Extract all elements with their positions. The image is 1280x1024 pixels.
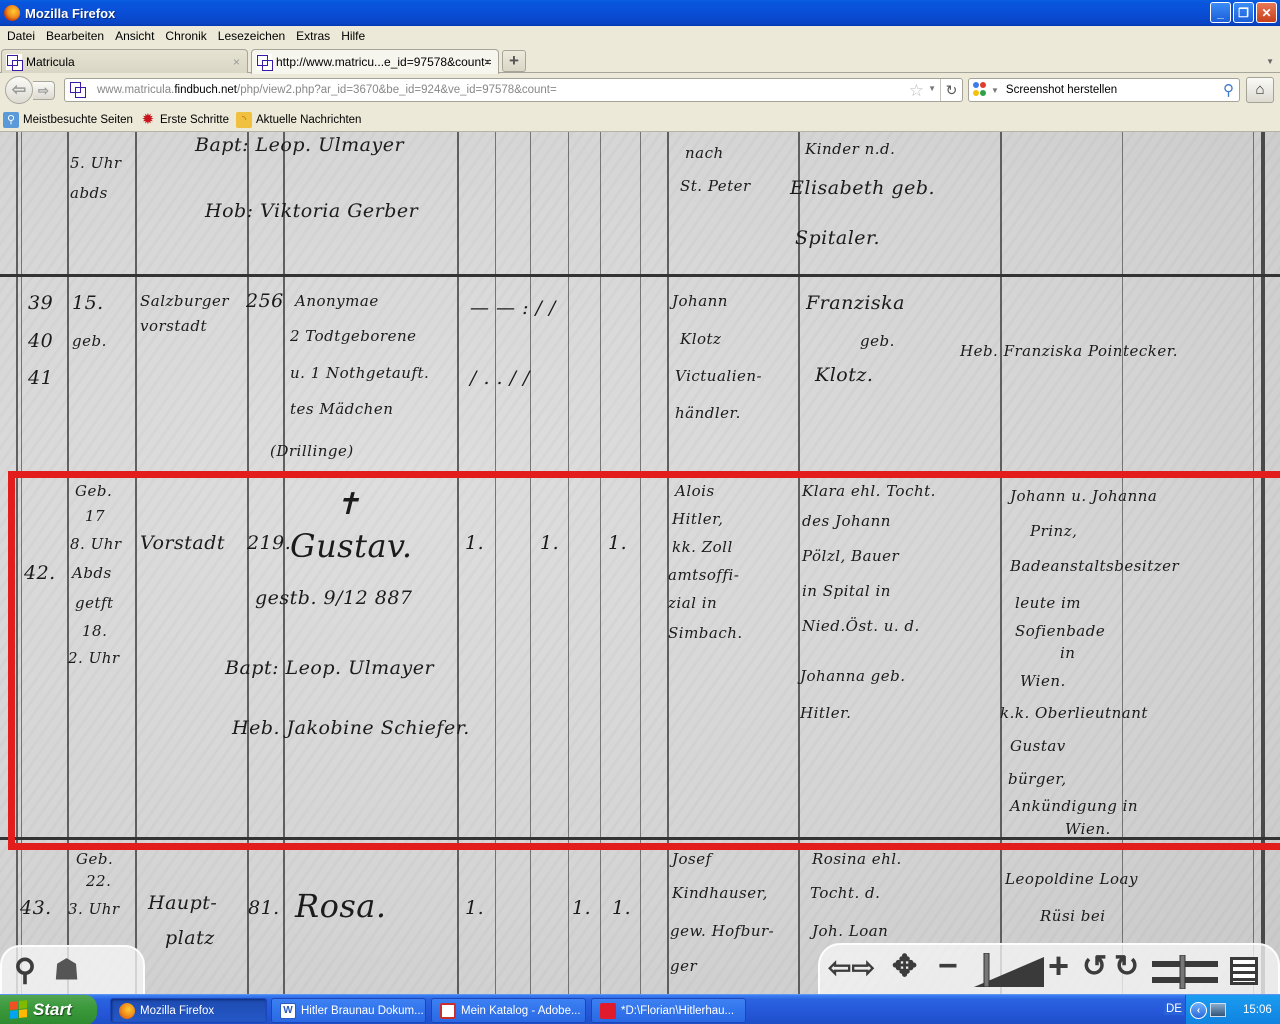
handwriting-time: 5. Uhr xyxy=(70,154,122,172)
handwriting-mother: Franziska xyxy=(806,292,905,314)
handwriting-name: Anonymae xyxy=(295,292,379,310)
bookmark-meistbesuchte-seiten[interactable]: ⚲ Meistbesuchte Seiten xyxy=(3,112,133,128)
handwriting-mother: Tocht. d. xyxy=(810,884,880,902)
handwriting-place: platz xyxy=(165,927,215,949)
tab-label: http://www.matricu...e_id=97578&count= xyxy=(276,55,491,69)
firefox-dino-icon: ✹ xyxy=(140,112,156,128)
taskbar-item-firefox[interactable]: Mozilla Firefox xyxy=(110,998,267,1023)
handwriting-name: 2 Todtgeborene xyxy=(290,327,417,345)
clock[interactable]: 15:06 xyxy=(1243,1004,1272,1016)
tab-list-chevron-icon[interactable]: ▼ xyxy=(1266,57,1274,66)
handwriting-mark: 1. xyxy=(572,897,591,919)
document-viewer[interactable]: 5. Uhr abds Bapt: Leop. Ulmayer Hob: Vik… xyxy=(0,132,1280,996)
search-engine-dropdown-icon[interactable]: ▼ xyxy=(991,86,999,95)
close-button[interactable]: ✕ xyxy=(1256,2,1277,23)
handwriting-place: vorstadt xyxy=(140,317,207,335)
handwriting-marks: — — : / / xyxy=(470,297,556,319)
tab-close-icon[interactable]: × xyxy=(484,55,491,69)
prev-next-arrows-icon[interactable]: ⇦⇨ xyxy=(828,951,875,984)
show-hidden-icons-chevron-icon[interactable]: ‹ xyxy=(1190,1002,1207,1019)
handwriting-time: abds xyxy=(70,184,108,202)
handwriting-house-number: 81. xyxy=(248,897,280,919)
rotate-left-icon[interactable]: ↺ xyxy=(1082,949,1107,984)
contrast-slider-icon[interactable] xyxy=(1152,955,1218,989)
zoom-in-icon[interactable]: + xyxy=(1048,945,1069,987)
tab-close-icon[interactable]: × xyxy=(233,55,240,69)
handwriting-mark: 1. xyxy=(612,897,631,919)
red-highlight-rectangle xyxy=(8,471,1280,850)
handwriting-father: gew. Hofbur- xyxy=(670,922,774,940)
firefox-icon xyxy=(4,5,20,21)
handwriting-name: u. 1 Nothgetauft. xyxy=(290,364,429,382)
handwriting-father: Victualien- xyxy=(675,367,762,385)
windows-logo-icon xyxy=(10,1000,28,1020)
start-button[interactable]: Start xyxy=(0,995,97,1024)
handwriting-place: Haupt- xyxy=(148,892,217,914)
word-document-icon: W xyxy=(280,1003,296,1019)
handwriting-date: Geb. xyxy=(76,850,113,868)
pan-icon[interactable]: ✥ xyxy=(892,949,917,984)
home-button[interactable]: ⌂ xyxy=(1246,77,1274,103)
taskbar-item-adobe[interactable]: Mein Katalog - Adobe... xyxy=(431,998,586,1023)
navigation-bar: ⇦ ⇨ www.matricula.findbuch.net/php/view2… xyxy=(0,73,1280,108)
entry-number: 40 xyxy=(28,330,53,352)
handwriting-date: 22. xyxy=(86,872,111,890)
menubar: Datei Bearbeiten Ansicht Chronik Lesezei… xyxy=(0,26,1280,46)
handwriting-father: Josef xyxy=(672,850,712,868)
page-list-icon[interactable] xyxy=(1230,957,1258,985)
url-history-dropdown-icon[interactable]: ▼ xyxy=(928,84,936,93)
handwriting-father: nach xyxy=(685,144,724,162)
minimize-button[interactable]: _ xyxy=(1210,2,1231,23)
handwriting-mother: Spitaler. xyxy=(795,227,880,249)
handwriting-date: geb. xyxy=(72,332,107,350)
handwriting-father: händler. xyxy=(675,404,741,422)
rss-feed-icon: ◝ xyxy=(236,112,252,128)
menu-extras[interactable]: Extras xyxy=(292,29,337,43)
handwriting-father: St. Peter xyxy=(680,177,751,195)
firefox-icon xyxy=(119,1003,135,1019)
menu-chronik[interactable]: Chronik xyxy=(161,29,213,43)
handwriting-child-name: Rosa. xyxy=(295,887,387,925)
handwriting-godparent: Heb. Franziska Pointecker. xyxy=(960,342,1178,360)
handwriting-date: 15. xyxy=(72,292,104,314)
taskbar-item-word[interactable]: W Hitler Braunau Dokum... xyxy=(271,998,426,1023)
bookmark-erste-schritte[interactable]: ✹ Erste Schritte xyxy=(140,112,229,128)
rotate-right-icon[interactable]: ↻ xyxy=(1114,949,1139,984)
zoom-out-icon[interactable]: − xyxy=(938,947,958,986)
folder-search-icon: ⚲ xyxy=(3,112,19,128)
users-icon[interactable]: ☗ xyxy=(54,953,79,986)
handwriting-father: Klotz xyxy=(680,330,721,348)
viewer-tools-left: ⚲ ☗ xyxy=(0,945,145,1000)
handwriting-mother: Klotz. xyxy=(815,364,873,386)
forward-button[interactable]: ⇨ xyxy=(33,81,55,100)
handwriting-godparent: Leopoldine Loay xyxy=(1005,870,1138,888)
url-text[interactable]: www.matricula.findbuch.net/php/view2.php… xyxy=(97,84,557,96)
tab-matricula[interactable]: Matricula × xyxy=(1,49,248,73)
handwriting-mark: 1. xyxy=(465,897,484,919)
handwriting-marks: / . . / / xyxy=(470,367,530,389)
menu-datei[interactable]: Datei xyxy=(3,29,42,43)
adobe-catalog-icon xyxy=(440,1003,456,1019)
viewer-tools-right: ⇦⇨ ✥ − + ↺ ↻ xyxy=(818,943,1280,1000)
restore-button[interactable]: ❐ xyxy=(1233,2,1254,23)
handwriting-father: Kindhauser, xyxy=(672,884,768,902)
handwriting-mother: geb. xyxy=(860,332,895,350)
handwriting-mother: Rosina ehl. xyxy=(812,850,902,868)
matricula-favicon-icon xyxy=(256,54,272,70)
language-indicator[interactable]: DE xyxy=(1164,1003,1184,1015)
system-tray: ‹ 15:06 xyxy=(1185,995,1280,1024)
handwriting-house-number: 256 xyxy=(246,290,284,312)
bookmarks-toolbar: ⚲ Meistbesuchte Seiten ✹ Erste Schritte … xyxy=(0,108,1280,132)
window-title: Mozilla Firefox xyxy=(25,6,115,21)
handwriting-father: ger xyxy=(670,957,697,975)
entry-number: 39 xyxy=(28,292,53,314)
handwriting-date: 3. Uhr xyxy=(68,900,120,918)
handwriting-mother: Elisabeth geb. xyxy=(790,177,935,199)
handwriting-baptizer: Bapt: Leop. Ulmayer xyxy=(195,134,404,156)
handwriting-place: Salzburger xyxy=(140,292,229,310)
site-identity-icon[interactable] xyxy=(69,81,91,99)
url-bar[interactable]: www.matricula.findbuch.net/php/view2.php… xyxy=(64,78,963,102)
bookmark-aktuelle-nachrichten[interactable]: ◝ Aktuelle Nachrichten xyxy=(236,112,361,128)
reload-icon[interactable]: ↻ xyxy=(940,79,962,101)
zoom-slider-icon[interactable] xyxy=(970,953,1044,987)
image-editor-icon xyxy=(600,1003,616,1019)
menu-lesezeichen[interactable]: Lesezeichen xyxy=(214,29,292,43)
handwriting-godparent: Rüsi bei xyxy=(1040,907,1106,925)
tab-label: Matricula xyxy=(26,55,75,69)
handwriting-mother: Joh. Loan xyxy=(812,922,888,940)
row-divider xyxy=(0,274,1280,277)
new-tab-button[interactable]: + xyxy=(502,50,526,72)
window-titlebar: Mozilla Firefox _ ❐ ✕ xyxy=(0,0,1280,26)
taskbar-item-image-editor[interactable]: *D:\Florian\Hitlerhau... xyxy=(591,998,746,1023)
menu-hilfe[interactable]: Hilfe xyxy=(337,29,372,43)
handwriting-mother: Kinder n.d. xyxy=(805,140,895,158)
handwriting-midwife: Hob: Viktoria Gerber xyxy=(205,200,418,222)
google-search-engine-icon[interactable] xyxy=(973,82,987,98)
handwriting-name: tes Mädchen xyxy=(290,400,393,418)
menu-bearbeiten[interactable]: Bearbeiten xyxy=(42,29,111,43)
entry-number: 43. xyxy=(20,897,52,919)
tab-view2[interactable]: http://www.matricu...e_id=97578&count= × xyxy=(251,49,499,74)
search-bar[interactable]: ▼ Screenshot herstellen ⚲ xyxy=(968,78,1240,102)
handwriting-father: Johann xyxy=(672,292,728,310)
handwriting-name: (Drillinge) xyxy=(270,442,354,460)
search-icon[interactable]: ⚲ xyxy=(1223,81,1234,99)
bookmark-star-icon[interactable]: ☆ xyxy=(909,81,924,101)
menu-ansicht[interactable]: Ansicht xyxy=(111,29,161,43)
zoom-magnifier-icon[interactable]: ⚲ xyxy=(14,953,36,988)
tab-bar: Matricula × http://www.matricu...e_id=97… xyxy=(0,46,1280,73)
windows-taskbar: Start Mozilla Firefox W Hitler Braunau D… xyxy=(0,994,1280,1024)
back-button[interactable]: ⇦ xyxy=(5,76,33,104)
search-input[interactable]: Screenshot herstellen xyxy=(1006,84,1117,96)
matricula-favicon-icon xyxy=(6,54,22,70)
entry-number: 41 xyxy=(28,367,53,389)
network-icon[interactable] xyxy=(1210,1003,1226,1017)
